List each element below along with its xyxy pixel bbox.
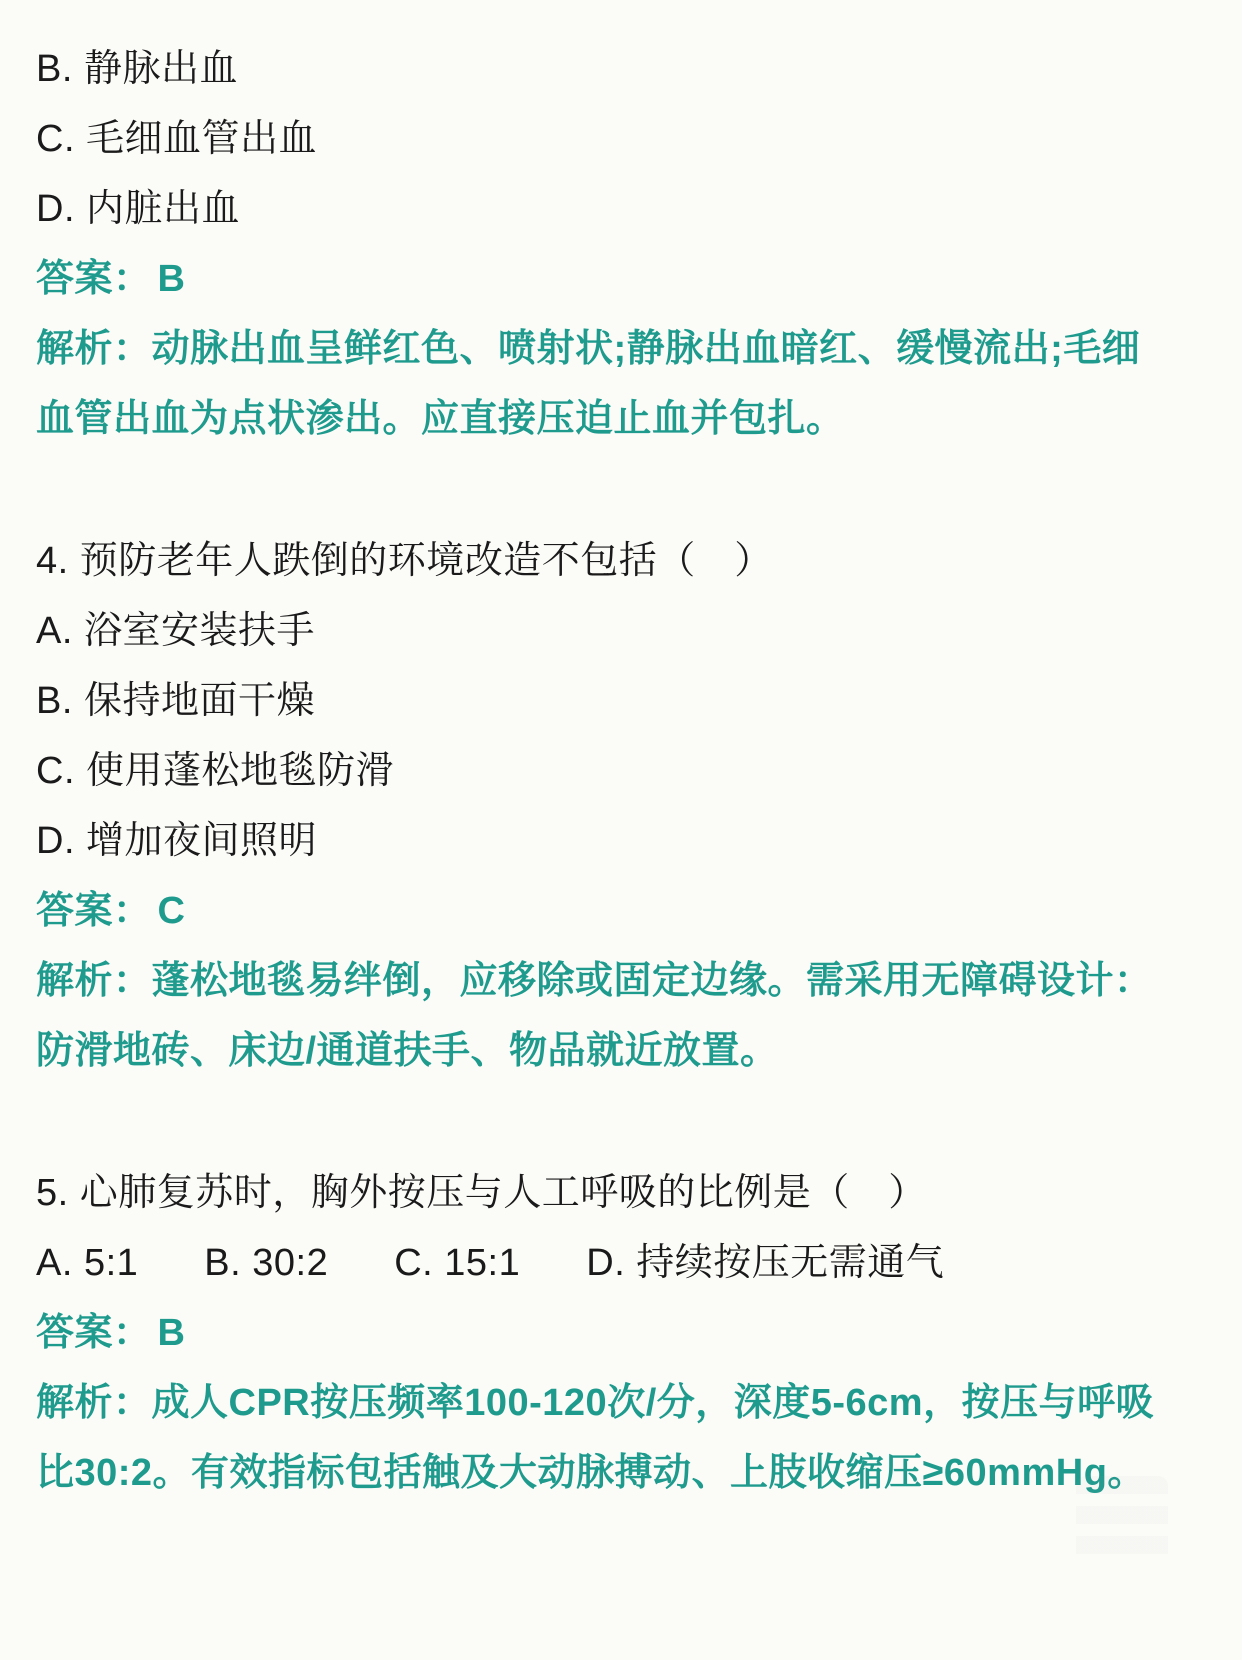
option: C. 15:1 [394,1228,520,1298]
option: B. 静脉出血 [36,34,1212,104]
option: C. 使用蓬松地毯防滑 [36,736,1212,806]
question-block: 5. 心肺复苏时，胸外按压与人工呼吸的比例是（ ）A. 5:1B. 30:2C.… [36,1158,1212,1508]
answer-line: 答案：B [36,1298,1212,1368]
option: B. 保持地面干燥 [36,666,1212,736]
option: A. 5:1 [36,1228,138,1298]
answer-value: B [158,1312,186,1354]
answer-label: 答案： [36,258,152,300]
explanation-line: 比30:2。有效指标包括触及大动脉搏动、上肢收缩压≥60mmHg。 [36,1438,1212,1508]
explanation-line: 血管出血为点状渗出。应直接压迫止血并包扎。 [36,384,1212,454]
answer-line: 答案：C [36,876,1212,946]
question-title: 5. 心肺复苏时，胸外按压与人工呼吸的比例是（ ） [36,1158,1212,1228]
explanation-line: 解析：成人CPR按压频率100-120次/分，深度5-6cm，按压与呼吸 [36,1368,1212,1438]
explanation-line: 解析：动脉出血呈鲜红色、喷射状;静脉出血暗红、缓慢流出;毛细 [36,314,1212,384]
explanation-line: 解析：蓬松地毯易绊倒，应移除或固定边缘。需采用无障碍设计： [36,946,1212,1016]
question-title: 4. 预防老年人跌倒的环境改造不包括（ ） [36,526,1212,596]
option: D. 增加夜间照明 [36,806,1212,876]
question-block: 4. 预防老年人跌倒的环境改造不包括（ ）A. 浴室安装扶手B. 保持地面干燥C… [36,526,1212,1086]
option: C. 毛细血管出血 [36,104,1212,174]
answer-label: 答案： [36,890,152,932]
answer-line: 答案：B [36,244,1212,314]
options-row: A. 5:1B. 30:2C. 15:1D. 持续按压无需通气 [36,1228,1212,1298]
document-page: B. 静脉出血C. 毛细血管出血D. 内脏出血答案：B解析：动脉出血呈鲜红色、喷… [0,0,1242,1660]
question-block: B. 静脉出血C. 毛细血管出血D. 内脏出血答案：B解析：动脉出血呈鲜红色、喷… [36,34,1212,454]
answer-value: C [158,890,186,932]
option: D. 持续按压无需通气 [586,1228,944,1298]
explanation-line: 防滑地砖、床边/通道扶手、物品就近放置。 [36,1016,1212,1086]
answer-value: B [158,258,186,300]
option: B. 30:2 [204,1228,328,1298]
option: D. 内脏出血 [36,174,1212,244]
answer-label: 答案： [36,1312,152,1354]
option: A. 浴室安装扶手 [36,596,1212,666]
